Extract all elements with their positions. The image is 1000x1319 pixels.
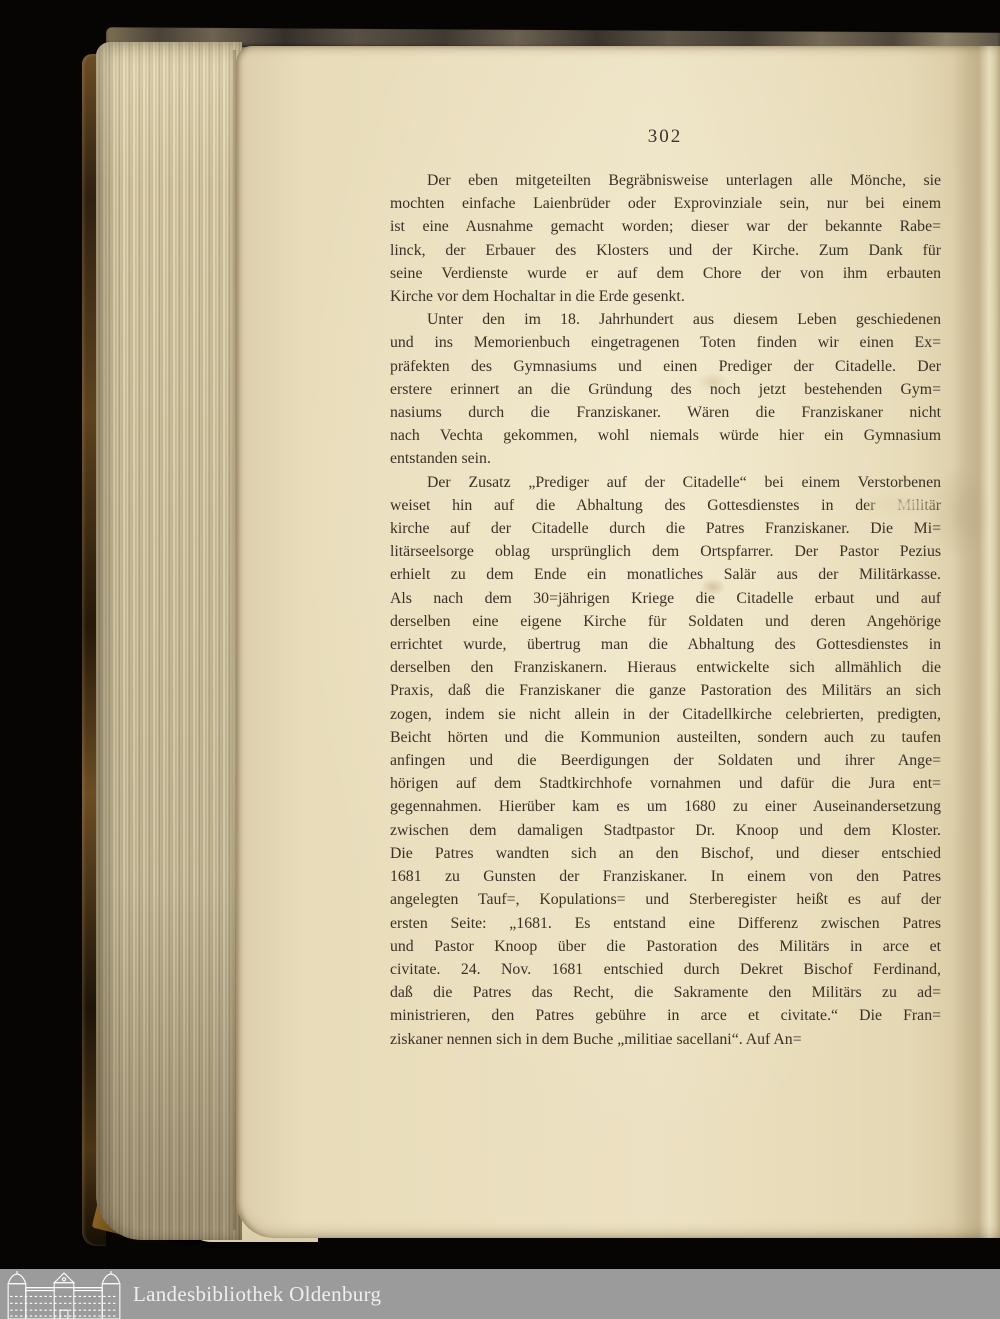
text-line: mochten einfache Laienbrüder oder Exprov… — [390, 192, 941, 215]
text-line: derselben den Franziskanern. Hieraus ent… — [390, 656, 941, 679]
text-line: ersten Seite: „1681. Es entstand eine Di… — [390, 912, 941, 935]
text-line: Kirche vor dem Hochaltar in die Erde ges… — [390, 285, 941, 308]
text-line: anfingen und die Beerdigungen der Soldat… — [390, 749, 941, 772]
text-line: litärseelsorge oblag ursprünglich dem Or… — [390, 540, 941, 563]
text-line: civitate. 24. Nov. 1681 entschied durch … — [390, 958, 941, 981]
ink-smudge — [866, 492, 948, 518]
text-line: 1681 zu Gunsten der Franziskaner. In ein… — [390, 865, 941, 888]
text-line: Beicht hörten und die Kommunion austeilt… — [390, 726, 941, 749]
text-line: und Pastor Knoop über die Pastoration de… — [390, 935, 941, 958]
page-number: 302 — [390, 126, 940, 148]
text-line: erhielt zu dem Ende ein monatliches Salä… — [390, 563, 941, 586]
text-line: derselben eine eigene Kirche für Soldate… — [390, 610, 941, 633]
text-line: entstanden sein. — [390, 447, 941, 470]
text-line: Die Patres wandten sich an den Bischof, … — [390, 842, 941, 865]
text-line: kirche auf der Citadelle durch die Patre… — [390, 517, 941, 540]
page-edge-stack-shade — [96, 42, 242, 1240]
text-block: Der eben mitgeteilten Begräbnisweise unt… — [390, 169, 941, 1051]
library-building-icon — [5, 1271, 123, 1319]
text-line: Praxis, daß die Franziskaner die ganze P… — [390, 679, 941, 702]
text-line: Der Zusatz „Prediger auf der Citadelle“ … — [390, 471, 941, 494]
text-line: ist eine Ausnahme gemacht worden; dieser… — [390, 215, 941, 238]
text-line: Als nach dem 30=jährigen Kriege die Cita… — [390, 587, 941, 610]
text-line: nasiums durch die Franziskaner. Wären di… — [390, 401, 941, 424]
text-line: ministrieren, den Patres gebühre in arce… — [390, 1004, 941, 1027]
text-line: präfekten des Gymnasiums und einen Predi… — [390, 355, 941, 378]
text-line: und ins Memorienbuch eingetragenen Toten… — [390, 331, 941, 354]
text-line: nach Vechta gekommen, wohl niemals würde… — [390, 424, 941, 447]
underpage-crease — [233, 50, 236, 1230]
text-line: hörigen auf dem Stadtkirchhofe vornahmen… — [390, 772, 941, 795]
text-line: linck, der Erbauer des Klosters und der … — [390, 239, 941, 262]
text-line: gegennahmen. Hierüber kam es um 1680 zu … — [390, 795, 941, 818]
footer-bar: Landesbibliothek Oldenburg — [0, 1269, 1000, 1319]
text-line: seine Verdienste wurde er auf dem Chore … — [390, 262, 941, 285]
text-line: zwischen dem damaligen Stadtpastor Dr. K… — [390, 819, 941, 842]
text-line: Der eben mitgeteilten Begräbnisweise unt… — [390, 169, 941, 192]
text-line: Unter den im 18. Jahrhundert aus diesem … — [390, 308, 941, 331]
scanned-book-page-view: 302 Der eben mitgeteilten Begräbnisweise… — [0, 0, 1000, 1319]
footer-label: Landesbibliothek Oldenburg — [133, 1269, 381, 1319]
text-line: daß die Patres das Recht, die Sakramente… — [390, 981, 941, 1004]
text-line: weiset hin auf die Abhaltung des Gottesd… — [390, 494, 941, 517]
text-line: erstere erinnert an die Gründung des noc… — [390, 378, 941, 401]
text-line: angelegten Tauf=, Kopulations= und Sterb… — [390, 888, 941, 911]
text-line: errichtet wurde, übertrug man die Abhalt… — [390, 633, 941, 656]
text-line: zogen, indem sie nicht allein in der Cit… — [390, 703, 941, 726]
text-line: ziskaner nennen sich in dem Buche „milit… — [390, 1028, 941, 1051]
gutter-shadow — [952, 46, 1000, 1238]
